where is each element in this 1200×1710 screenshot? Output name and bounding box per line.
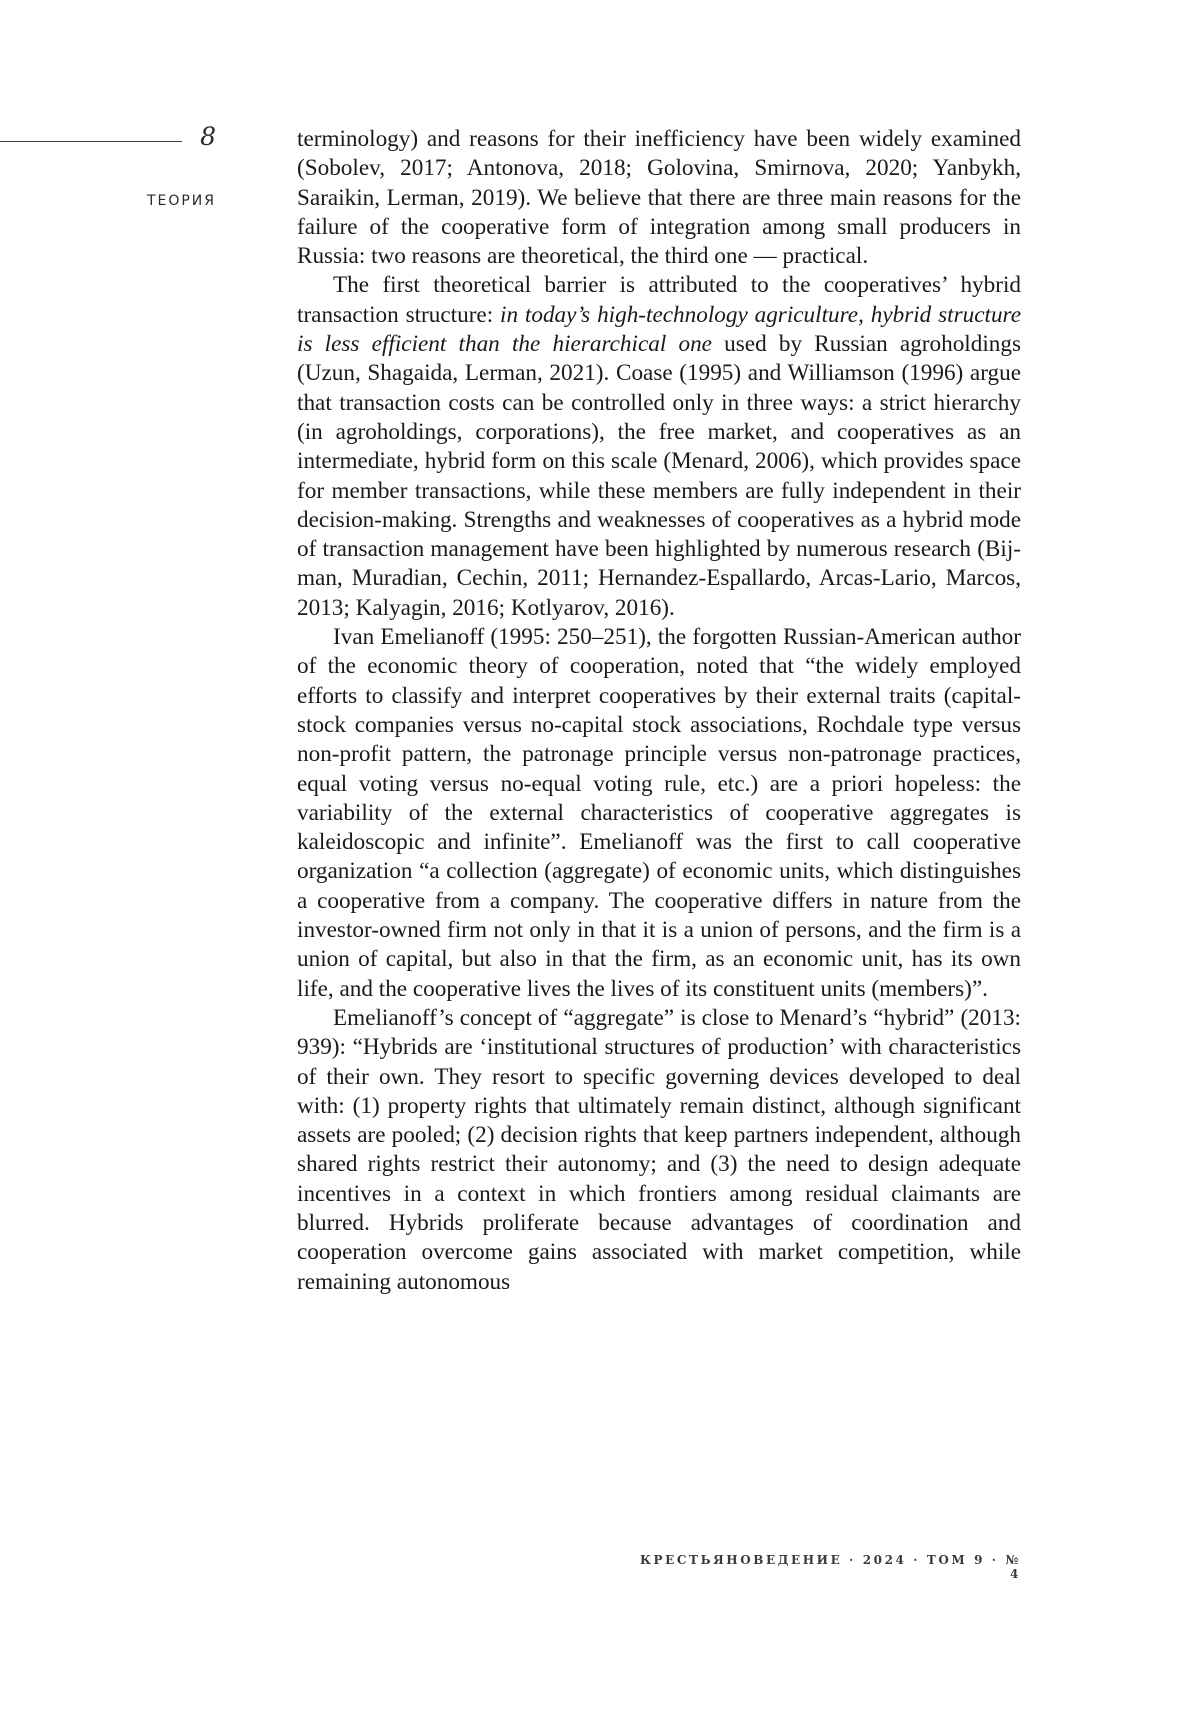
paragraph-text: Emelianoff’s concept of “aggregate” is c… [297,1005,1021,1295]
paragraph-text: Ivan Emelianoff (1995: 250–251), the for… [297,624,1021,1002]
header-rule [0,141,182,142]
paragraph-text: terminology) and reasons for their ineff… [297,126,1021,269]
article-body: terminology) and reasons for their ineff… [297,125,1021,1297]
paragraph-3: Ivan Emelianoff (1995: 250–251), the for… [297,623,1021,1004]
page-number: 8 [192,122,216,151]
section-label: ТЕОРИЯ [124,193,216,209]
paragraph-4: Emelianoff’s concept of “aggregate” is c… [297,1004,1021,1297]
paragraph-text: used by Russian agroholdings (Uzun, Shag… [297,331,1021,621]
paragraph-1: terminology) and reasons for their ineff… [297,125,1021,271]
journal-footer: КРЕСТЬЯНОВЕДЕНИЕ · 2024 · ТОМ 9 · № 4 [640,1553,1021,1581]
paragraph-2: The first theoretical barrier is attribu… [297,271,1021,623]
